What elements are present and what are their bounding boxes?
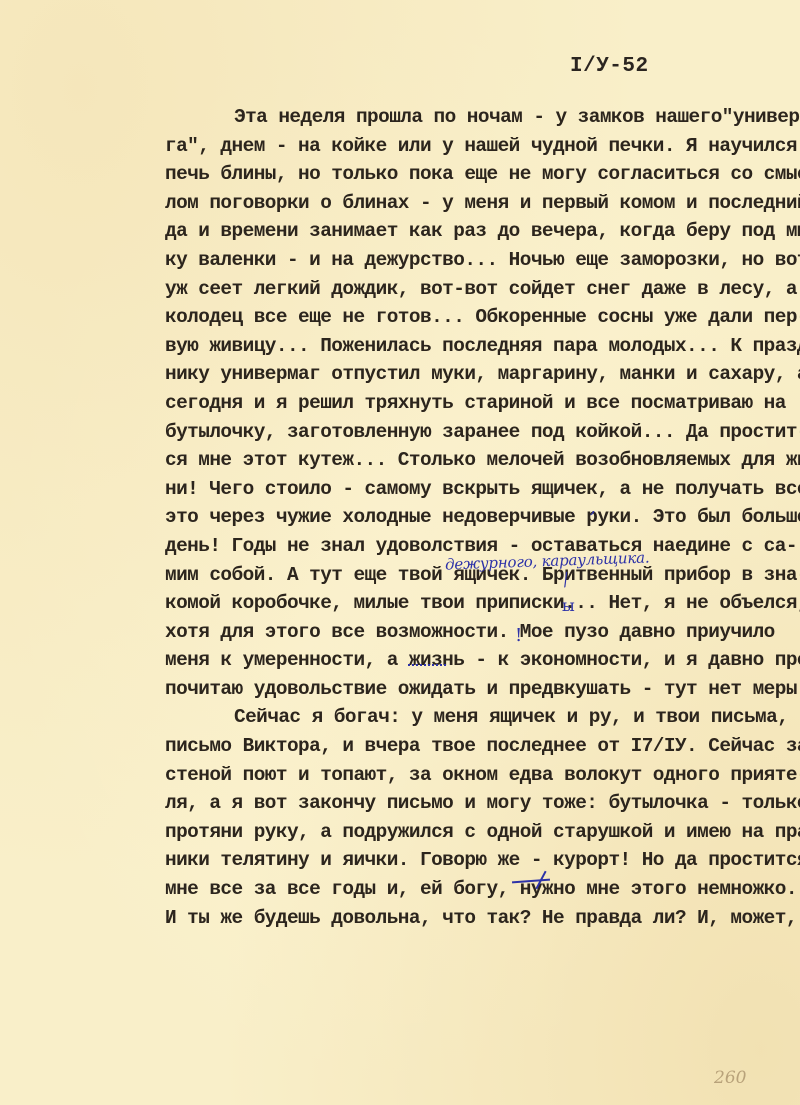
text-line: меня к умеренности, а жизнь - к экономно… [165, 646, 800, 675]
archive-folio-number: 260 [714, 1068, 746, 1088]
text-line: уж сеет легкий дождик, вот-вот сойдет сн… [165, 275, 800, 304]
text-line: нику универмаг отпустил муки, маргарину,… [165, 360, 800, 389]
text-line: хотя для этого все возможности. Мое пузо… [165, 618, 800, 647]
text-line: Эта неделя прошла по ночам - у замков на… [165, 103, 800, 132]
text-line: печь блины, но только пока еще не могу с… [165, 160, 800, 189]
text-line: мне все за все годы и, ей богу, нужно мн… [165, 875, 800, 904]
text-line: письмо Виктора, и вчера твое последнее о… [165, 732, 800, 761]
handwritten-comma: , [590, 497, 596, 518]
text-line: га", днем - на койке или у нашей чудной … [165, 132, 800, 161]
handwritten-exclamation: ! [515, 625, 522, 646]
text-line: стеной поют и топают, за окном едва воло… [165, 761, 800, 790]
text-line: ся мне этот кутеж... Столько мелочей воз… [165, 446, 800, 475]
text-line: вую живицу... Поженилась последняя пара … [165, 332, 800, 361]
text-line: Сейчас я богач: у меня ящичек и ру, и тв… [165, 703, 800, 732]
text-line: ля, а я вот закончу письмо и могу тоже: … [165, 789, 800, 818]
text-line: да и времени занимает как раз до вечера,… [165, 217, 800, 246]
text-line: лом поговорки о блинах - у меня и первый… [165, 189, 800, 218]
letter-body: Эта неделя прошла по ночам - у замков на… [165, 103, 800, 932]
text-line: бутылочку, заготовленную заранее под кой… [165, 418, 800, 447]
text-line: И ты же будешь довольна, что так? Не пра… [165, 904, 800, 933]
text-line: сегодня и я решил тряхнуть стариной и вс… [165, 389, 800, 418]
document-page: I/У-52 Эта неделя прошла по ночам - у за… [0, 0, 800, 1105]
text-line: ники телятину и яички. Говорю же - курор… [165, 846, 800, 875]
page-number: I/У-52 [570, 55, 649, 78]
text-line: комой коробочке, милые твои приписки... … [165, 589, 800, 618]
text-line: почитаю удовольствие ожидать и предвкуша… [165, 675, 800, 704]
handwritten-wavy-underline [408, 660, 446, 666]
text-line: ни! Чего стоило - самому вскрыть ящичек,… [165, 475, 800, 504]
text-line: колодец все еще не готов... Обкоренные с… [165, 303, 800, 332]
handwritten-correction: ы [562, 596, 575, 615]
text-line: это через чужие холодные недоверчивые ру… [165, 503, 800, 532]
text-line: протяни руку, а подружился с одной стару… [165, 818, 800, 847]
text-line: ку валенки - и на дежурство... Ночью еще… [165, 246, 800, 275]
